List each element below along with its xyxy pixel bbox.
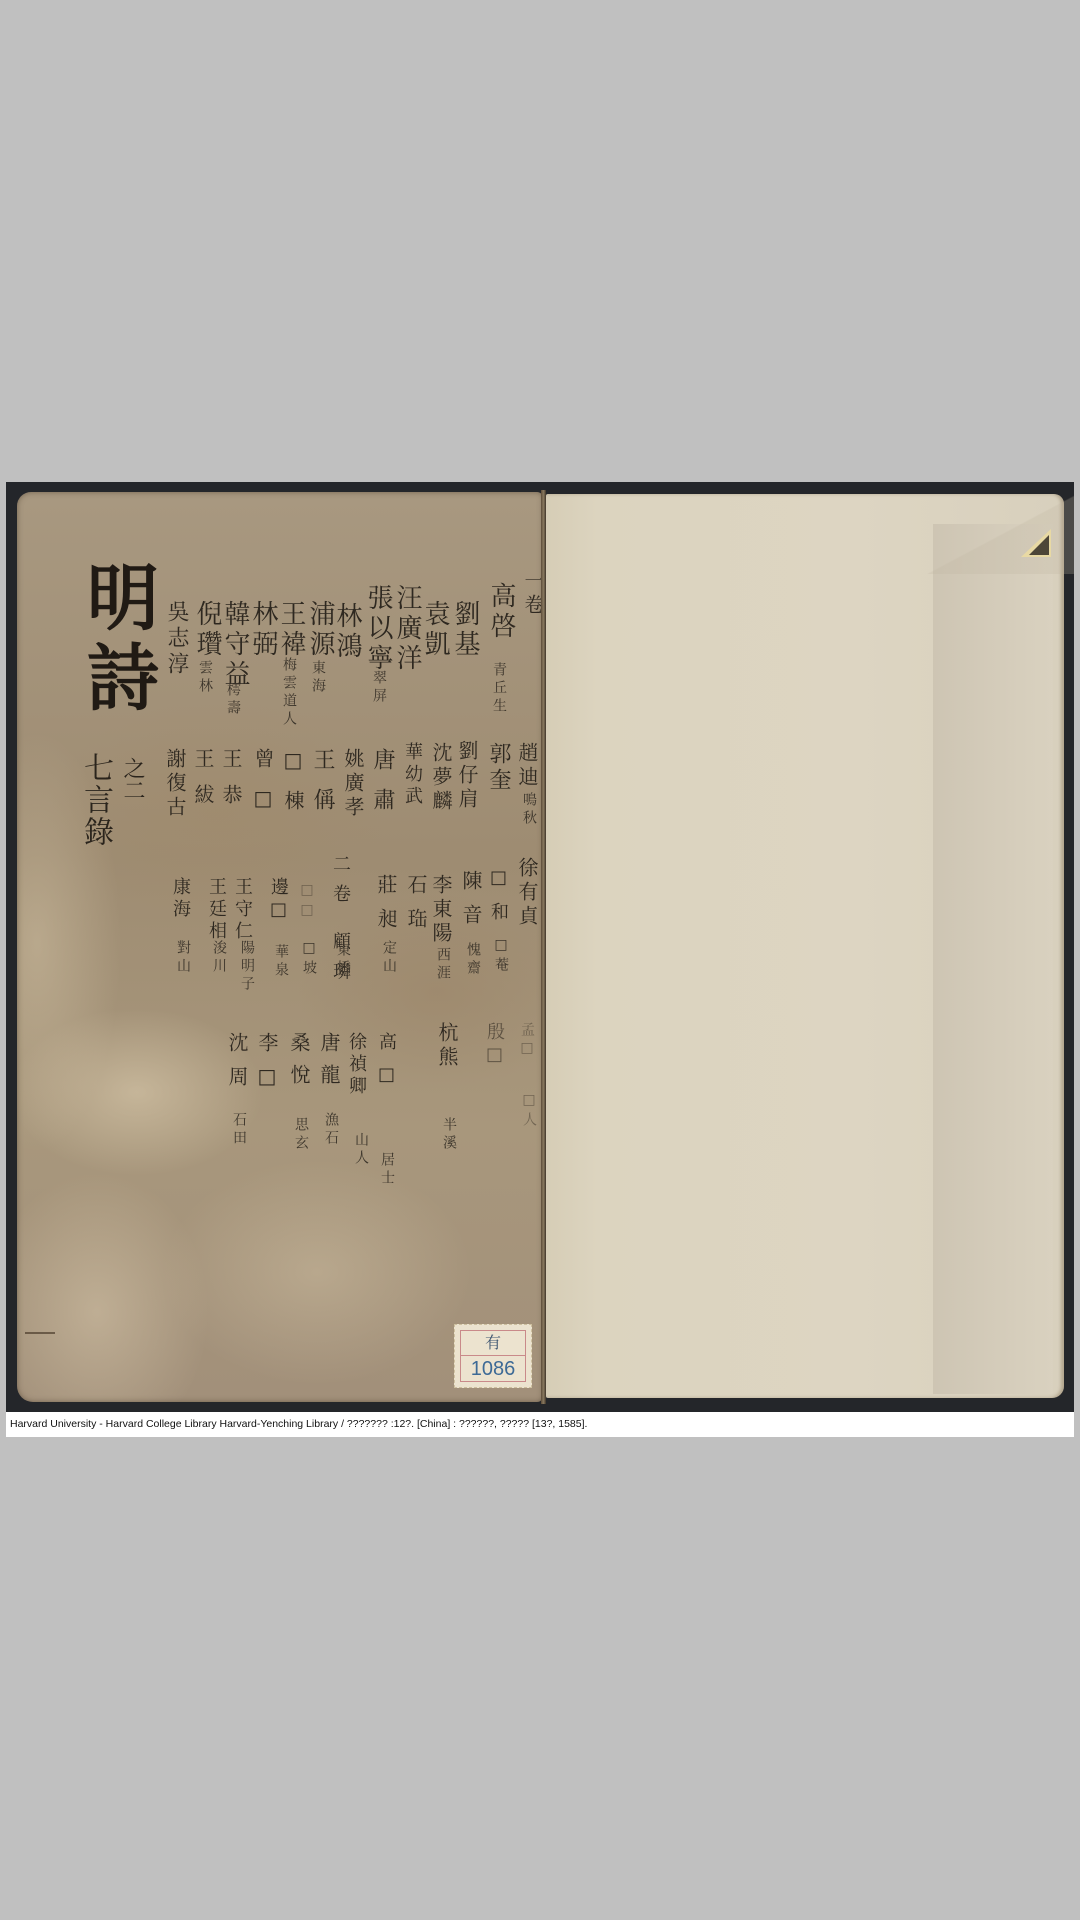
author-name: 高啓 <box>483 582 520 642</box>
author-name: 孟□ <box>517 1022 537 1060</box>
author-name: 劉仔肩 <box>453 740 482 812</box>
label-character: 有 <box>461 1331 525 1356</box>
author-name: □□ <box>299 882 315 922</box>
author-note: □菴 <box>491 937 511 975</box>
author-name: 王偁 <box>307 748 338 828</box>
author-name: 莊昶 <box>372 874 401 942</box>
author-name: 高□ <box>373 1032 399 1099</box>
author-note: 鳴秋 <box>519 792 539 828</box>
author-name: □和 <box>485 867 511 934</box>
author-note: 華泉 <box>271 944 291 980</box>
book-title: 明詩 <box>65 560 169 720</box>
author-name: 姚廣孝 <box>339 748 368 820</box>
author-note: 陽明子 <box>237 940 257 994</box>
author-note: 東橋 <box>333 942 353 978</box>
author-note: □人 <box>519 1092 539 1130</box>
author-name: 李東陽 <box>427 874 456 946</box>
author-name: 謝復古 <box>161 748 190 820</box>
author-note: 居士 <box>377 1152 397 1188</box>
author-name: 王守仁 <box>229 877 255 943</box>
author-name: 郭奎 <box>483 742 514 794</box>
front-cover: 明詩 七言錄 之二 一卷 高啓 青丘生 劉基 袁凱 汪廣洋 張以寧 翠屏 林鴻 … <box>17 492 543 1402</box>
author-note: 東海 <box>308 660 328 696</box>
call-number: 1086 <box>461 1356 525 1382</box>
author-name: 倪瓚 <box>189 600 226 660</box>
author-name: 石珤 <box>402 874 431 942</box>
library-call-number-label: 有 1086 <box>454 1324 532 1388</box>
author-name: 吳志淳 <box>161 600 192 678</box>
author-name: □棟 <box>279 748 308 828</box>
author-name: 唐龍 <box>315 1032 344 1096</box>
author-note: 半溪 <box>439 1117 459 1153</box>
author-name: 沈周 <box>223 1032 252 1100</box>
author-note: 雲林 <box>195 660 215 696</box>
author-name: 徐有貞 <box>513 857 542 929</box>
author-name: 杭熊 <box>433 1022 462 1070</box>
image-viewer: 明詩 七言錄 之二 一卷 高啓 青丘生 劉基 袁凱 汪廣洋 張以寧 翠屏 林鴻 … <box>6 482 1074 1437</box>
author-name: 趙迪 <box>513 742 542 790</box>
author-name: 曾□ <box>249 748 278 828</box>
author-note: □坡 <box>299 940 319 978</box>
author-name: 邊□ <box>265 877 291 924</box>
paper-fold <box>933 524 1053 1394</box>
author-note: 翠屏 <box>369 670 389 706</box>
author-name: 殷□ <box>481 1022 507 1069</box>
damage-mark <box>25 1332 55 1334</box>
scan-frame: 明詩 七言錄 之二 一卷 高啓 青丘生 劉基 袁凱 汪廣洋 張以寧 翠屏 林鴻 … <box>6 482 1074 1412</box>
author-note: 西涯 <box>433 947 453 983</box>
author-name: 唐肅 <box>367 748 398 828</box>
author-note: 梅雲道人 <box>279 657 299 729</box>
author-name: 華幼武 <box>399 742 425 808</box>
author-note: 青丘生 <box>489 662 509 716</box>
author-name: 陳音 <box>457 870 486 938</box>
author-name: 王廷相 <box>203 877 229 943</box>
folded-corner <box>926 494 1074 574</box>
author-name: 王紱 <box>189 748 218 820</box>
author-note: 愧齋 <box>463 942 483 978</box>
author-name: 李□ <box>253 1032 282 1100</box>
author-note: 山人 <box>351 1132 371 1168</box>
author-name: 王恭 <box>217 748 246 820</box>
author-name: 桑悅 <box>285 1032 314 1096</box>
back-cover-page <box>546 494 1064 1398</box>
author-name: 康海 <box>167 877 193 921</box>
author-note: 對山 <box>173 940 193 976</box>
author-name: 徐禎卿 <box>343 1032 369 1098</box>
author-note: 樗壽 <box>223 682 243 718</box>
author-note: 思玄 <box>291 1117 311 1153</box>
book-subtitle: 七言錄 <box>73 752 117 848</box>
volume-note: 之二 <box>117 757 148 801</box>
author-note: 石田 <box>229 1112 249 1148</box>
image-caption: Harvard University - Harvard College Lib… <box>6 1412 1074 1437</box>
author-note: 定山 <box>379 940 399 976</box>
author-note: 漁石 <box>321 1112 341 1148</box>
author-name: 沈夢麟 <box>427 742 456 814</box>
author-note: 浚川 <box>209 940 229 976</box>
